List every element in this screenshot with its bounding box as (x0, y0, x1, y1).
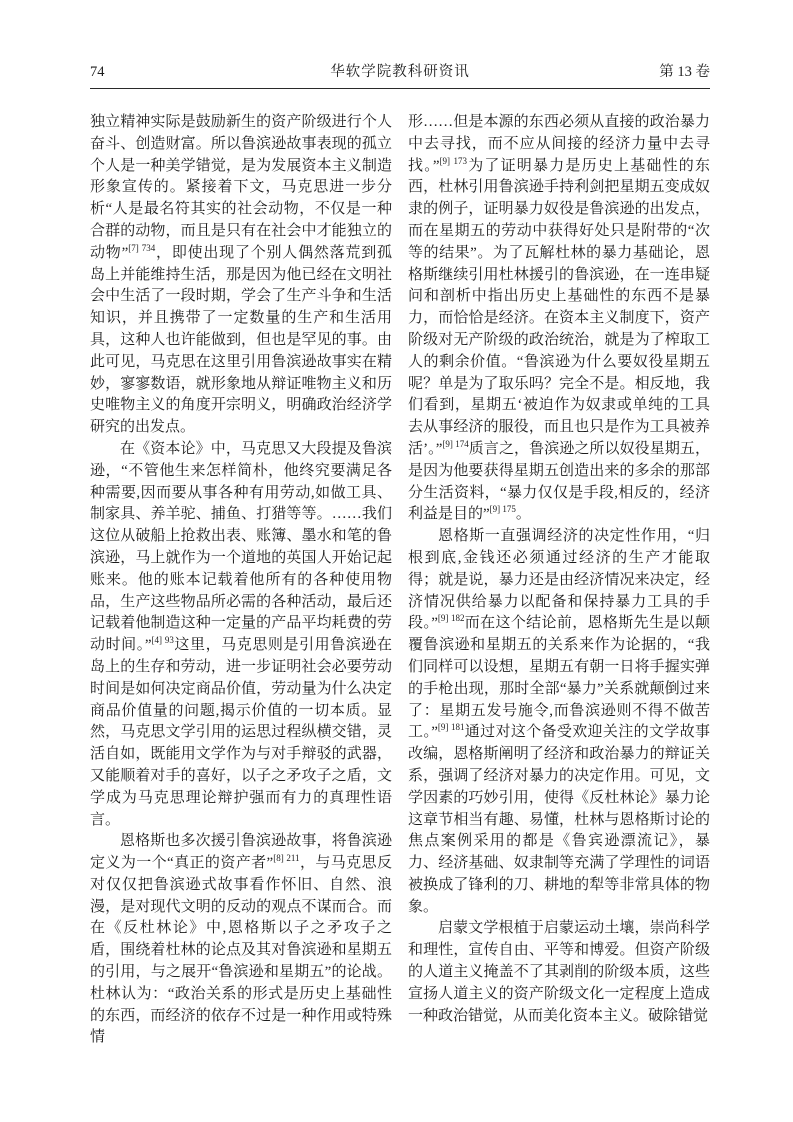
paragraph: 启蒙文学根植于启蒙运动土壤，崇尚科学和理性，宣传自由、平等和博爱。但资产阶级的人… (408, 918, 710, 1027)
citation-superscript: [8] 211 (273, 853, 299, 863)
paragraph: 恩格斯一直强调经济的决定性作用，“归根到底,金钱还必须通过经济的生产才能取得；就… (408, 526, 710, 918)
citation-superscript: [7] 734 (128, 243, 155, 253)
text-column-right: 形……但是本源的东西必须从直接的政治暴力中去寻找，而不应从间接的经济力量中去寻找… (408, 112, 710, 1049)
page-header: 74 华软学院教科研资讯 第 13 卷 (90, 60, 710, 89)
paragraph: 独立精神实际是鼓励新生的资产阶级进行个人奋斗、创造财富。所以鲁滨逊故事表现的孤立… (90, 112, 392, 439)
citation-superscript: [9] 182 (438, 613, 465, 623)
paragraph: 形……但是本源的东西必须从直接的政治暴力中去寻找，而不应从间接的经济力量中去寻找… (408, 112, 710, 526)
text-column-left: 独立精神实际是鼓励新生的资产阶级进行个人奋斗、创造财富。所以鲁滨逊故事表现的孤立… (90, 112, 392, 1049)
article-body: 独立精神实际是鼓励新生的资产阶级进行个人奋斗、创造财富。所以鲁滨逊故事表现的孤立… (90, 112, 710, 1049)
page-number: 74 (90, 64, 330, 81)
citation-superscript: [9] 174 (442, 439, 468, 449)
volume-label: 第 13 卷 (470, 60, 710, 81)
paragraph: 在《资本论》中，马克思又大段提及鲁滨逊，“不管他生来怎样简朴，他终究要满足各种需… (90, 439, 392, 831)
citation-superscript: [9] 181 (438, 722, 465, 732)
citation-superscript: [4] 93 (152, 635, 174, 645)
citation-superscript: [9] 175 (490, 504, 516, 514)
journal-title: 华软学院教科研资讯 (330, 60, 470, 81)
citation-superscript: [9] 173 (440, 156, 467, 166)
paragraph: 恩格斯也多次援引鲁滨逊故事，将鲁滨逊定义为一个“真正的资产者”[8] 211，与… (90, 831, 392, 1049)
document-page: 74 华软学院教科研资讯 第 13 卷 独立精神实际是鼓励新生的资产阶级进行个人… (0, 0, 793, 1122)
